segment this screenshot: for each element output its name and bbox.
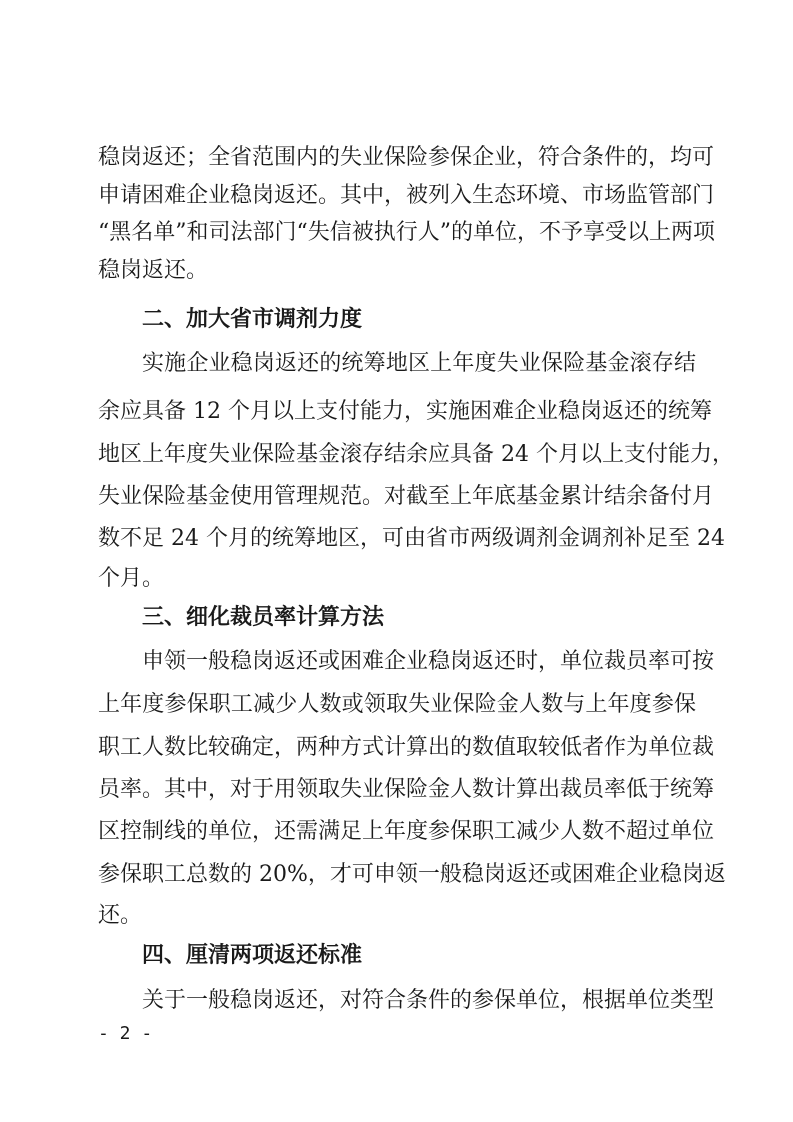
paragraph-line: 职工人数比较确定，两种方式计算出的数值取较低者作为单位裁 bbox=[98, 729, 696, 767]
paragraph-line: 关于一般稳岗返还，对符合条件的参保单位，根据单位类型 bbox=[142, 982, 696, 1020]
paragraph-line: 实施企业稳岗返还的统筹地区上年度失业保险基金滚存结 bbox=[142, 345, 696, 383]
paragraph-line: 员率。其中，对于用领取失业保险金人数计算出裁员率低于统筹 bbox=[98, 771, 696, 809]
paragraph-line: 余应具备 12 个月以上支付能力，实施困难企业稳岗返还的统筹 bbox=[98, 393, 696, 431]
section-heading: 二、加大省市调剂力度 bbox=[142, 301, 362, 339]
paragraph-line: 还。 bbox=[98, 897, 696, 935]
section-heading: 三、细化裁员率计算方法 bbox=[142, 599, 384, 637]
paragraph-line: 个月。 bbox=[98, 560, 696, 598]
paragraph-line: 区控制线的单位，还需满足上年度参保职工减少人数不超过单位 bbox=[98, 813, 696, 851]
paragraph-line: 稳岗返还。 bbox=[98, 252, 696, 290]
section-heading: 四、厘清两项返还标准 bbox=[142, 937, 362, 975]
paragraph-line: 数不足 24 个月的统筹地区，可由省市两级调剂金调剂补足至 24 bbox=[98, 520, 696, 558]
page-number: - 2 - bbox=[98, 1023, 152, 1044]
paragraph-line: 参保职工总数的 20%，才可申领一般稳岗返还或困难企业稳岗返 bbox=[98, 856, 696, 894]
paragraph-line: 申请困难企业稳岗返还。其中，被列入生态环境、市场监管部门 bbox=[98, 177, 696, 215]
paragraph-line: “黑名单”和司法部门“失信被执行人”的单位，不予享受以上两项 bbox=[98, 214, 696, 252]
paragraph-line: 申领一般稳岗返还或困难企业稳岗返还时，单位裁员率可按 bbox=[142, 643, 696, 681]
paragraph-line: 失业保险基金使用管理规范。对截至上年底基金累计结余备付月 bbox=[98, 478, 696, 516]
paragraph-line: 地区上年度失业保险基金滚存结余应具备 24 个月以上支付能力， bbox=[98, 436, 696, 474]
paragraph-line: 稳岗返还；全省范围内的失业保险参保企业，符合条件的，均可 bbox=[98, 139, 696, 177]
paragraph-line: 上年度参保职工减少人数或领取失业保险金人数与上年度参保 bbox=[98, 686, 696, 724]
document-page: 稳岗返还；全省范围内的失业保险参保企业，符合条件的，均可 申请困难企业稳岗返还。… bbox=[0, 0, 793, 1122]
